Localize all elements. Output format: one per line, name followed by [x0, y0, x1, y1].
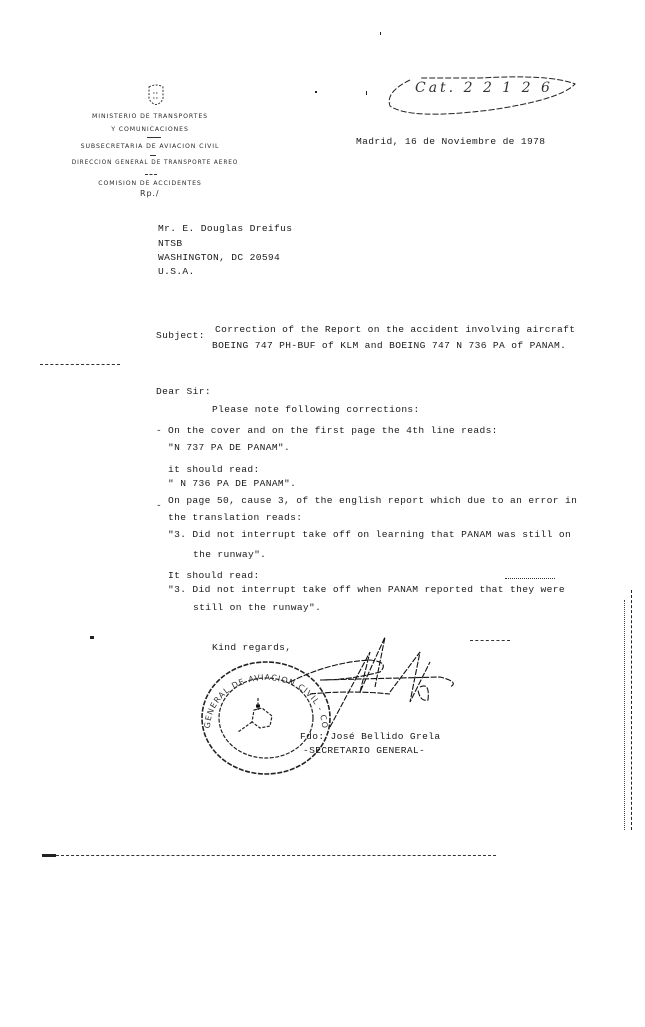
letterhead-line-2: Y COMUNICACIONES	[70, 126, 230, 133]
correction-2-quote-2: the runway".	[193, 549, 266, 560]
correction-1-corrected: " N 736 PA DE PANAM".	[168, 478, 296, 489]
signatory-title: -SECRETARIO GENERAL-	[303, 745, 425, 756]
correction-2-corrected-2: still on the runway".	[193, 602, 321, 613]
closing: Kind regards,	[212, 642, 291, 653]
signatory-name: Fdo: José Bellido Grela	[300, 731, 440, 742]
letterhead-line-4: DIRECCION GENERAL DE TRANSPORTE AEREO	[55, 160, 255, 166]
correction-2-line-1: On page 50, cause 3, of the english repo…	[168, 495, 577, 506]
intro-line: Please note following corrections:	[212, 404, 420, 415]
subject-line-2: BOEING 747 PH-BUF of KLM and BOEING 747 …	[212, 340, 566, 351]
subject-label: Subject:	[156, 330, 205, 341]
coat-of-arms-icon	[145, 84, 167, 110]
recipient-line-1: Mr. E. Douglas Dreifus	[158, 223, 292, 234]
correction-1-quote: "N 737 PA DE PANAM".	[168, 442, 290, 453]
correction-1-line: On the cover and on the first page the 4…	[168, 425, 498, 436]
letterhead-line-3: SUBSECRETARIA DE AVIACION CIVIL	[60, 143, 240, 150]
salutation: Dear Sir:	[156, 386, 211, 397]
correction-2-corrected-1: "3. Did not interrupt take off when PANA…	[168, 584, 565, 595]
correction-2-line-2: the translation reads:	[168, 512, 302, 523]
recipient-line-4: U.S.A.	[158, 266, 195, 277]
reference-number: Rp./	[140, 189, 180, 198]
recipient-line-3: WASHINGTON, DC 20594	[158, 252, 280, 263]
letterhead-line-5: COMISION DE ACCIDENTES	[70, 180, 230, 187]
correction-2-bullet: -	[156, 500, 162, 511]
registry-stamp-text: Cat. 2 2 1 2 6	[415, 80, 553, 96]
date-line: Madrid, 16 de Noviembre de 1978	[356, 136, 545, 147]
recipient-line-2: NTSB	[158, 238, 182, 249]
handwritten-signature-icon	[290, 632, 470, 737]
correction-1-bullet: -	[156, 425, 162, 436]
correction-1-should-label: it should read:	[168, 464, 260, 475]
letterhead-line-1: MINISTERIO DE TRANSPORTES	[70, 113, 230, 120]
correction-2-should-label: It should read:	[168, 570, 260, 581]
subject-line-1: Correction of the Report on the accident…	[215, 324, 575, 335]
correction-2-quote-1: "3. Did not interrupt take off on learni…	[168, 529, 571, 540]
